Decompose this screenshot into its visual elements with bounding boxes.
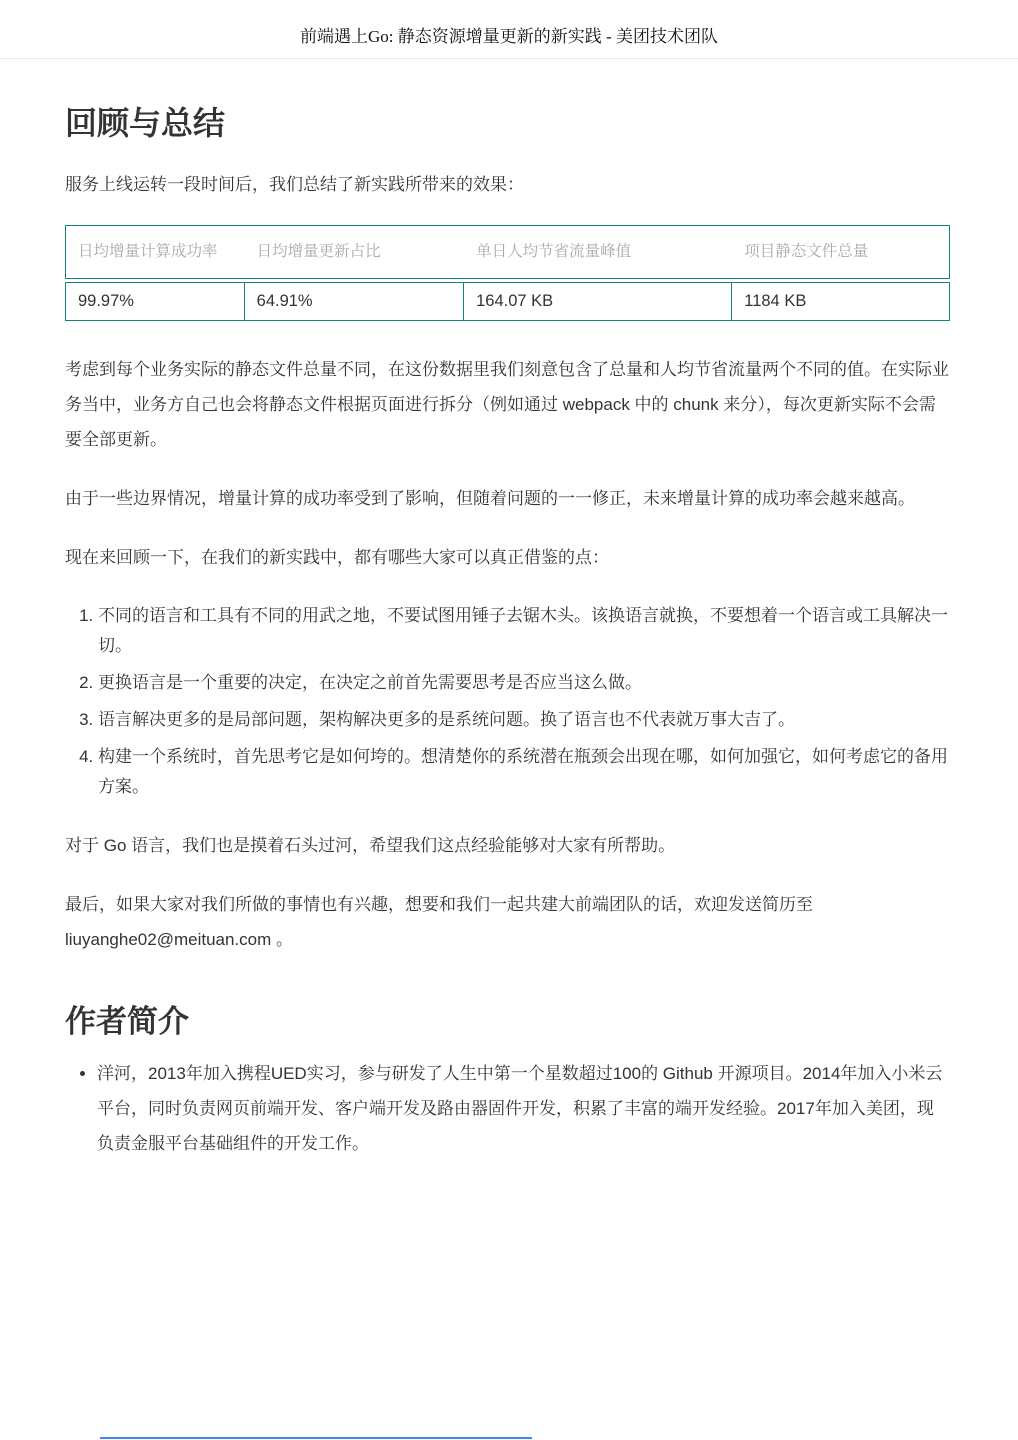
stats-table: 日均增量计算成功率 日均增量更新占比 单日人均节省流量峰值 项目静态文件总量 9…	[65, 222, 950, 324]
table-header-cell: 日均增量计算成功率	[65, 225, 245, 279]
paragraph-intro: 服务上线运转一段时间后，我们总结了新实践所带来的效果：	[65, 167, 950, 202]
section-heading-review: 回顾与总结	[65, 103, 950, 143]
table-cell: 1184 KB	[732, 282, 950, 321]
paragraph-recruit: 最后，如果大家对我们所做的事情也有兴趣，想要和我们一起共建大前端团队的话，欢迎发…	[65, 887, 950, 957]
paragraph-go: 对于 Go 语言，我们也是摸着石头过河，希望我们这点经验能够对大家有所帮助。	[65, 828, 950, 863]
takeaways-list: 不同的语言和工具有不同的用武之地，不要试图用锤子去锯木头。该换语言就换，不要想着…	[65, 601, 950, 802]
stats-table-body: 99.97% 64.91% 164.07 KB 1184 KB	[65, 282, 950, 321]
table-header-cell: 单日人均节省流量峰值	[464, 225, 732, 279]
article-content: 回顾与总结 服务上线运转一段时间后，我们总结了新实践所带来的效果： 日均增量计算…	[65, 59, 950, 1161]
table-header-cell: 项目静态文件总量	[732, 225, 950, 279]
section-heading-author: 作者简介	[65, 1003, 950, 1042]
page-title: 前端遇上Go: 静态资源增量更新的新实践 - 美团技术团队	[0, 27, 1018, 47]
paragraph-edge-cases: 由于一些边界情况，增量计算的成功率受到了影响，但随着问题的一一修正，未来增量计算…	[65, 481, 950, 516]
table-row: 99.97% 64.91% 164.07 KB 1184 KB	[65, 282, 950, 321]
author-bio-list: 洋河，2013年加入携程UED实习，参与研发了人生中第一个星数超过100的 Gi…	[65, 1056, 950, 1161]
list-item: 更换语言是一个重要的决定，在决定之前首先需要思考是否应当这么做。	[98, 668, 950, 698]
clipped-footer-link	[100, 1437, 532, 1439]
table-cell: 99.97%	[65, 282, 245, 321]
paragraph-data-note: 考虑到每个业务实际的静态文件总量不同，在这份数据里我们刻意包含了总量和人均节省流…	[65, 352, 950, 457]
table-header-cell: 日均增量更新占比	[245, 225, 464, 279]
table-cell: 64.91%	[245, 282, 464, 321]
table-header-row: 日均增量计算成功率 日均增量更新占比 单日人均节省流量峰值 项目静态文件总量	[65, 225, 950, 279]
author-bio-item: 洋河，2013年加入携程UED实习，参与研发了人生中第一个星数超过100的 Gi…	[97, 1056, 950, 1161]
paragraph-list-intro: 现在来回顾一下，在我们的新实践中，都有哪些大家可以真正借鉴的点：	[65, 540, 950, 575]
table-cell: 164.07 KB	[464, 282, 732, 321]
email-link[interactable]: liuyanghe02@meituan.com	[65, 930, 271, 949]
stats-table-head: 日均增量计算成功率 日均增量更新占比 单日人均节省流量峰值 项目静态文件总量	[65, 225, 950, 279]
list-item: 不同的语言和工具有不同的用武之地，不要试图用锤子去锯木头。该换语言就换，不要想着…	[98, 601, 950, 661]
list-item: 语言解决更多的是局部问题，架构解决更多的是系统问题。换了语言也不代表就万事大吉了…	[98, 705, 950, 735]
recruit-text-suffix: 。	[271, 930, 293, 949]
page-header: 前端遇上Go: 静态资源增量更新的新实践 - 美团技术团队	[0, 0, 1018, 59]
list-item: 构建一个系统时，首先思考它是如何垮的。想清楚你的系统潜在瓶颈会出现在哪，如何加强…	[98, 742, 950, 802]
recruit-text-prefix: 最后，如果大家对我们所做的事情也有兴趣，想要和我们一起共建大前端团队的话，欢迎发…	[65, 895, 813, 914]
